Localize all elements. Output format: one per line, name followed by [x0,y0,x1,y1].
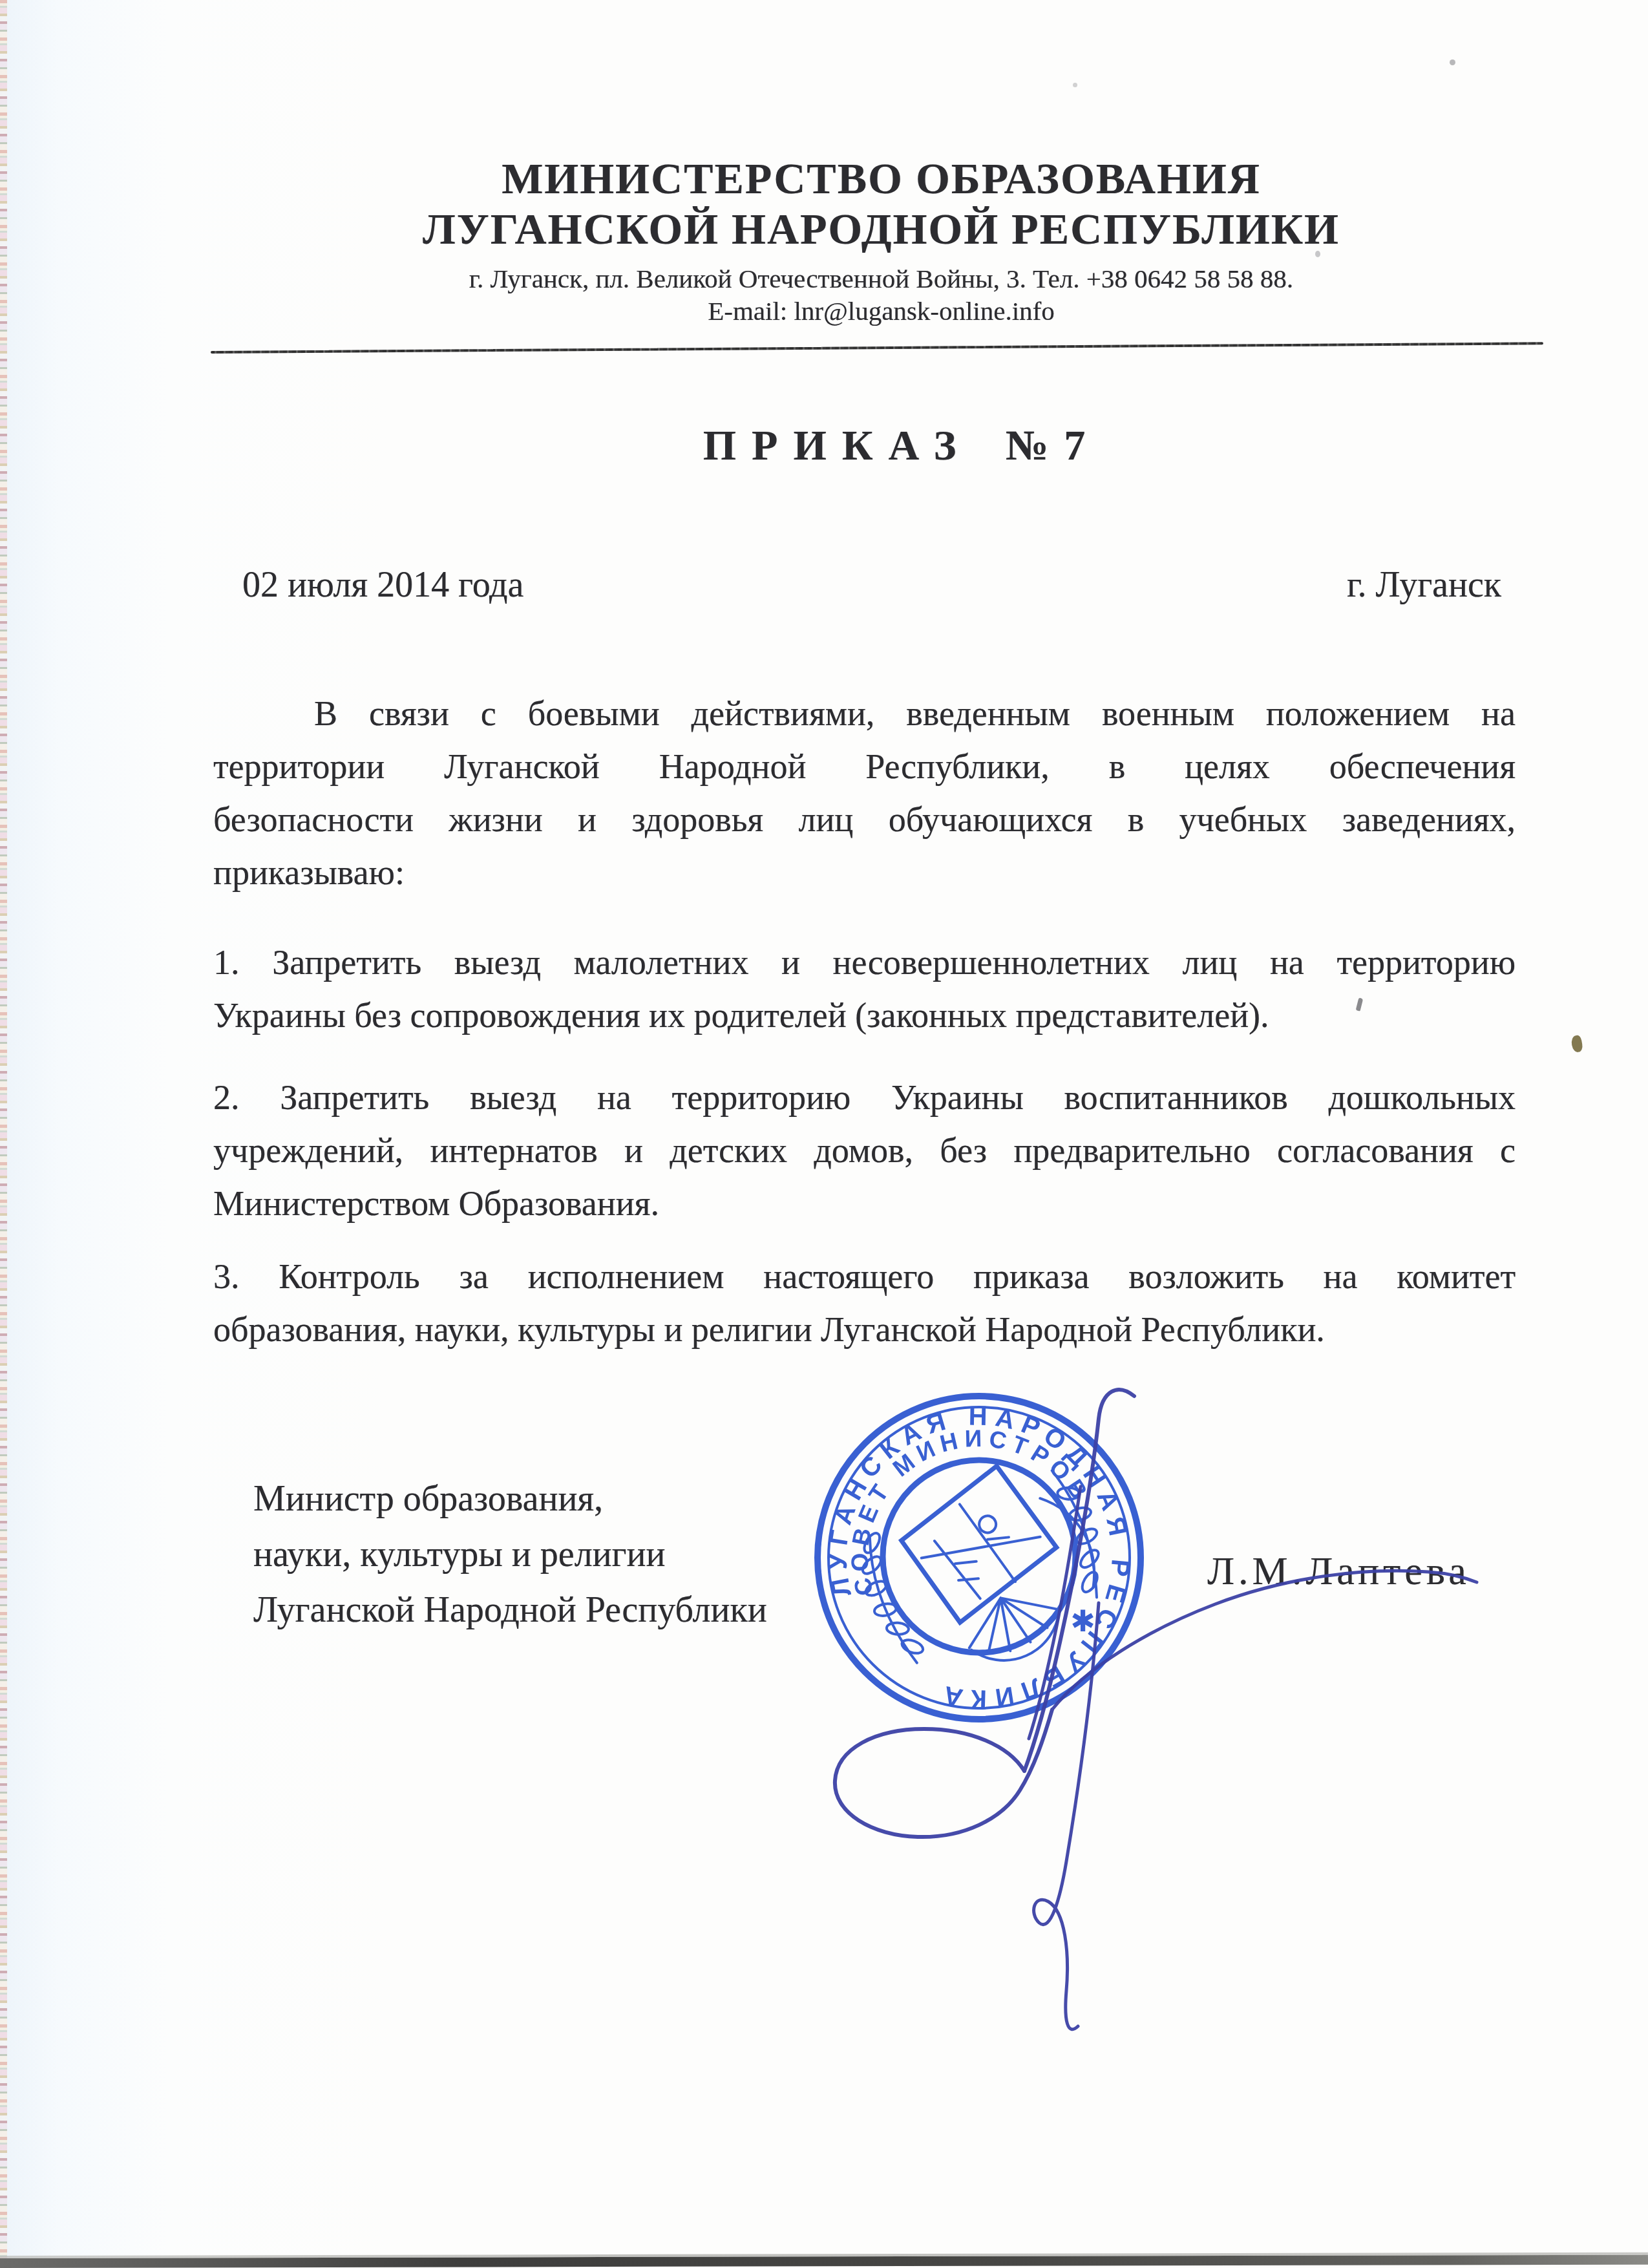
header-divider-line [211,342,1543,354]
signer-title-line: науки, культуры и религии [253,1527,767,1582]
preamble-paragraph: В связи с боевыми действиями, введенным … [213,687,1516,899]
preamble-line: территории Луганской Народной Республики… [213,740,1516,793]
scan-speck [1315,251,1320,257]
order-title: ПРИКАЗ №7 [251,421,1553,471]
scanned-document-page: МИНИСТЕРСТВО ОБРАЗОВАНИЯ ЛУГАНСКОЙ НАРОД… [0,0,1648,2268]
scan-speck [1450,59,1455,65]
item1-line: Украины без сопровождения их родителей (… [213,989,1516,1042]
scan-speck [1570,1035,1583,1053]
handwritten-signature [776,1344,1519,2068]
order-item-2: 2. Запретить выезд на территорию Украины… [213,1071,1516,1230]
signer-title-block: Министр образования, науки, культуры и р… [253,1471,767,1638]
scanner-edge-noise [0,0,7,2268]
item2-line: 2. Запретить выезд на территорию Украины… [213,1071,1516,1124]
item3-line: 3. Контроль за исполнением настоящего пр… [213,1250,1516,1303]
signer-title-line: Луганской Народной Республики [253,1582,767,1638]
ministry-name-line1: МИНИСТЕРСТВО ОБРАЗОВАНИЯ [230,154,1532,203]
document-header: МИНИСТЕРСТВО ОБРАЗОВАНИЯ ЛУГАНСКОЙ НАРОД… [230,154,1532,327]
signer-title-line: Министр образования, [253,1471,767,1527]
preamble-line: безопасности жизни и здоровья лиц обучаю… [213,793,1516,846]
order-item-3: 3. Контроль за исполнением настоящего пр… [213,1250,1516,1356]
order-item-1: 1. Запретить выезд малолетних и несоверш… [213,936,1516,1042]
item2-line: учреждений, интернатов и детских домов, … [213,1124,1516,1177]
scanner-bottom-shadow [0,2255,1648,2268]
item2-line: Министерством Образования. [213,1177,1516,1230]
preamble-line: В связи с боевыми действиями, введенным … [213,687,1516,740]
preamble-line: приказываю: [213,846,1516,899]
scan-speck [1073,83,1077,87]
ministry-name-line2: ЛУГАНСКОЙ НАРОДНОЙ РЕСПУБЛИКИ [230,204,1532,253]
date-city-row: 02 июля 2014 года г. Луганск [213,564,1516,606]
item1-line: 1. Запретить выезд малолетних и несоверш… [213,936,1516,989]
order-date: 02 июля 2014 года [242,564,523,606]
order-city: г. Луганск [1347,564,1501,606]
ministry-email: E-mail: lnr@lugansk-online.info [230,295,1532,327]
ministry-address: г. Луганск, пл. Великой Отечественной Во… [230,262,1532,295]
